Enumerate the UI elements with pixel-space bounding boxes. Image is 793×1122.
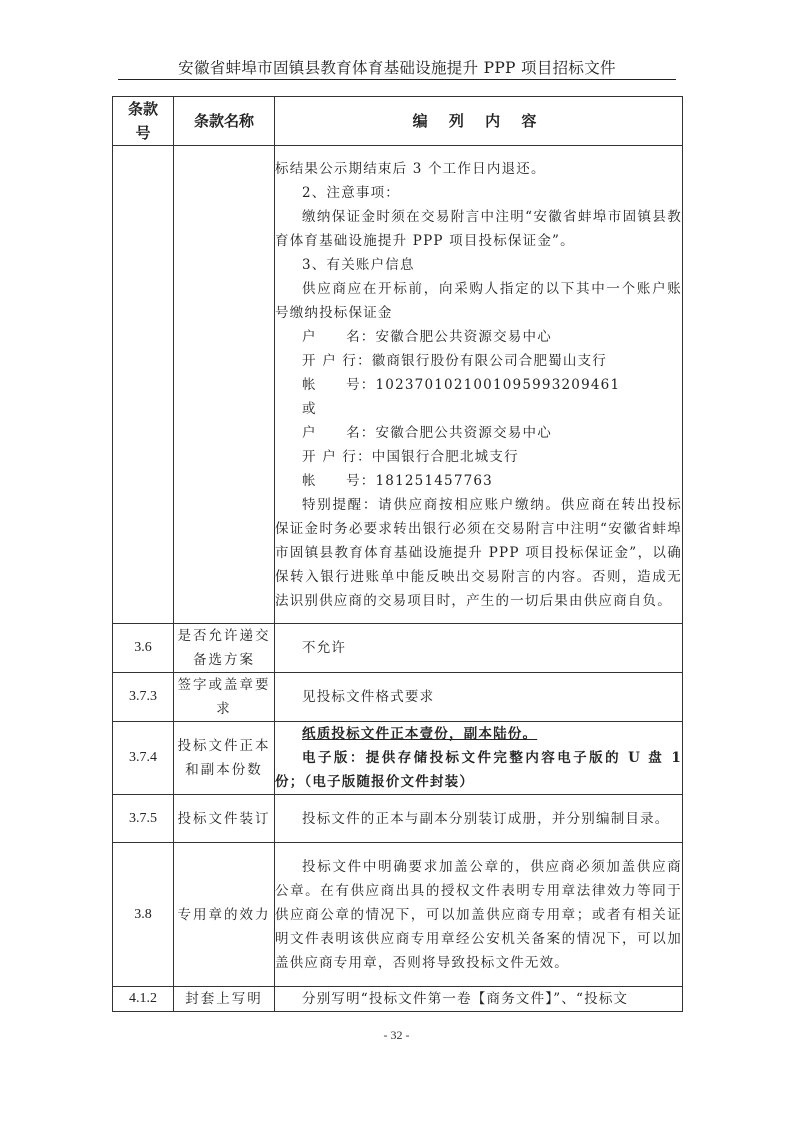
clause-number: 3.6 [113, 624, 174, 673]
content-paragraph: 标结果公示期结束后 3 个工作日内退还。 [275, 157, 682, 181]
clause-number: 3.7.4 [113, 722, 174, 795]
content-paragraph: 不允许 [275, 636, 682, 660]
clause-content: 不允许 [275, 624, 683, 673]
content-paragraph: 电子版：提供存储投标文件完整内容电子版的 U 盘 1 份；（电子版随报价文件封装… [275, 746, 682, 794]
table-header-row: 条款号 条款名称 编 列 内 容 [113, 97, 683, 146]
clause-number: 3.7.3 [113, 673, 174, 722]
content-paragraph: 见投标文件格式要求 [275, 685, 682, 709]
content-paragraph: 开 户 行：徽商银行股份有限公司合肥蜀山支行 [275, 349, 682, 373]
clause-number: 3.8 [113, 843, 174, 987]
content-paragraph: 特别提醒：请供应商按相应账户缴纳。供应商在转出投标保证金时务必要求转出银行必须在… [275, 493, 682, 613]
table-row: 3.7.4投标文件正本和副本份数纸质投标文件正本壹份，副本陆份。电子版：提供存储… [113, 722, 683, 795]
content-paragraph: 帐 号：1023701021001095993209461 [275, 373, 682, 397]
header-rule [118, 79, 676, 80]
clause-number: 3.7.5 [113, 795, 174, 843]
content-paragraph: 供应商应在开标前，向采购人指定的以下其中一个账户账号缴纳投标保证金 [275, 277, 682, 325]
content-paragraph: 纸质投标文件正本壹份，副本陆份。 [275, 722, 682, 746]
clause-number [113, 146, 174, 624]
clause-name: 专用章的效力 [174, 843, 275, 987]
table-row: 3.6是否允许递交备选方案不允许 [113, 624, 683, 673]
content-paragraph: 缴纳保证金时须在交易附言中注明“安徽省蚌埠市固镇县教育体育基础设施提升 PPP … [275, 205, 682, 253]
clause-table: 条款号 条款名称 编 列 内 容 标结果公示期结束后 3 个工作日内退还。2、注… [112, 96, 683, 1012]
clause-content: 见投标文件格式要求 [275, 673, 683, 722]
running-header: 安徽省蚌埠市固镇县教育体育基础设施提升 PPP 项目招标文件 [118, 56, 676, 78]
clause-name [174, 146, 275, 624]
content-paragraph: 2、注意事项： [275, 181, 682, 205]
table-row: 4.1.2封套上写明分别写明“投标文件第一卷【商务文件】”、“投标文 [113, 987, 683, 1012]
table-row: 3.7.5投标文件装订投标文件的正本与副本分别装订成册，并分别编制目录。 [113, 795, 683, 843]
clause-content: 纸质投标文件正本壹份，副本陆份。电子版：提供存储投标文件完整内容电子版的 U 盘… [275, 722, 683, 795]
table-row: 3.8专用章的效力投标文件中明确要求加盖公章的，供应商必须加盖供应商公章。在有供… [113, 843, 683, 987]
header-content: 编 列 内 容 [275, 97, 683, 146]
clause-name: 封套上写明 [174, 987, 275, 1012]
clause-content: 投标文件的正本与副本分别装订成册，并分别编制目录。 [275, 795, 683, 843]
clause-content: 分别写明“投标文件第一卷【商务文件】”、“投标文 [275, 987, 683, 1012]
clause-name: 投标文件正本和副本份数 [174, 722, 275, 795]
content-paragraph: 投标文件的正本与副本分别装订成册，并分别编制目录。 [275, 807, 682, 831]
table-row: 3.7.3签字或盖章要求见投标文件格式要求 [113, 673, 683, 722]
content-paragraph: 户 名：安徽合肥公共资源交易中心 [275, 325, 682, 349]
content-paragraph: 投标文件中明确要求加盖公章的，供应商必须加盖供应商公章。在有供应商出具的授权文件… [275, 855, 682, 975]
header-clause-name: 条款名称 [174, 97, 275, 146]
content-paragraph: 3、有关账户信息 [275, 253, 682, 277]
content-paragraph: 帐 号：181251457763 [275, 469, 682, 493]
content-paragraph: 分别写明“投标文件第一卷【商务文件】”、“投标文 [275, 987, 682, 1011]
clause-name: 签字或盖章要求 [174, 673, 275, 722]
clause-content: 投标文件中明确要求加盖公章的，供应商必须加盖供应商公章。在有供应商出具的授权文件… [275, 843, 683, 987]
clause-number: 4.1.2 [113, 987, 174, 1012]
clause-name: 投标文件装订 [174, 795, 275, 843]
content-paragraph: 户 名：安徽合肥公共资源交易中心 [275, 421, 682, 445]
clause-content: 标结果公示期结束后 3 个工作日内退还。2、注意事项：缴纳保证金时须在交易附言中… [275, 146, 683, 624]
clause-name: 是否允许递交备选方案 [174, 624, 275, 673]
page-number: - 32 - [0, 1028, 793, 1043]
table-row: 标结果公示期结束后 3 个工作日内退还。2、注意事项：缴纳保证金时须在交易附言中… [113, 146, 683, 624]
header-clause-number: 条款号 [113, 97, 174, 146]
content-paragraph: 或 [275, 397, 682, 421]
content-paragraph: 开 户 行：中国银行合肥北城支行 [275, 445, 682, 469]
